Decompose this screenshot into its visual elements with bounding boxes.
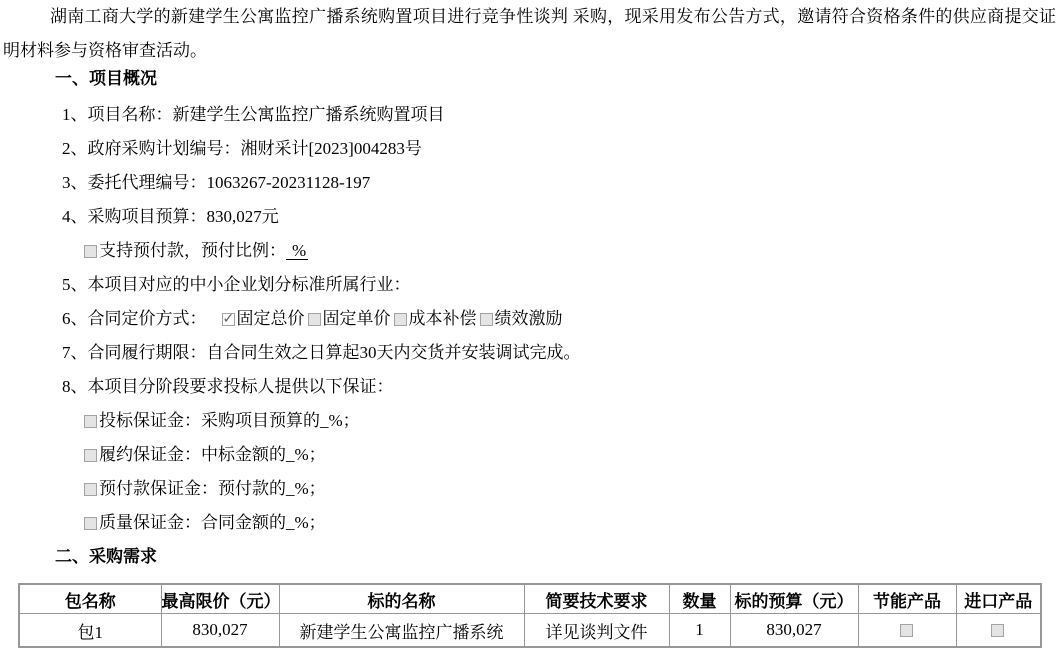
guarantee-performance-line: 履约保证金：中标金额的_%； [84,446,1060,464]
pricing-method-line: 6、合同定价方式：固定总价固定单价成本补偿绩效激励 [62,310,1060,328]
item-gov-plan-number: 2、政府采购计划编号：湘财采计[2023]004283号 [62,140,1060,158]
prepay-percent-value: % [286,243,308,260]
col-header-quantity: 数量 [669,584,730,614]
cell-max-price: 830,027 [161,614,279,648]
prepay-checkbox[interactable] [84,245,97,258]
pricing-option-label: 固定单价 [323,309,391,328]
intro-paragraph: 湖南工商大学的新建学生公寓监控广播系统购置项目进行竞争性谈判 采购，现采用发布公… [3,0,1056,68]
col-header-budget: 标的预算（元） [730,584,858,614]
energy-saving-checkbox[interactable] [900,624,913,637]
pricing-method-label: 6、合同定价方式： [62,309,207,328]
col-header-subject-name: 标的名称 [279,584,524,614]
table-header-row: 包名称 最高限价（元） 标的名称 简要技术要求 数量 标的预算（元） 节能产品 … [19,584,1041,614]
guarantee-performance-label: 履约保证金：中标金额的_%； [99,445,326,464]
item-project-budget: 4、采购项目预算：830,027元 [62,208,1060,226]
cell-package: 包1 [19,614,161,648]
cell-energy-saving [858,614,956,648]
item-guarantee-intro: 8、本项目分阶段要求投标人提供以下保证： [62,378,1060,396]
pricing-option-fixed-unit: 固定单价 [308,309,391,328]
section-heading-overview: 一、项目概况 [55,70,1060,88]
col-header-package: 包名称 [19,584,161,614]
cell-budget: 830,027 [730,614,858,648]
guarantee-quality-label: 质量保证金：合同金额的_%； [99,513,326,532]
guarantee-bid-line: 投标保证金：采购项目预算的_%； [84,412,1060,430]
cell-subject-name: 新建学生公寓监控广播系统 [279,614,524,648]
item-sme-industry: 5、本项目对应的中小企业划分标准所属行业： [62,276,1060,294]
guarantee-prepay-line: 预付款保证金：预付款的_%； [84,480,1060,498]
section-heading-requirements: 二、采购需求 [55,548,1060,566]
guarantee-bid-label: 投标保证金：采购项目预算的_%； [99,411,360,430]
col-header-energy-saving: 节能产品 [858,584,956,614]
cell-quantity: 1 [669,614,730,648]
col-header-imported: 进口产品 [956,584,1041,614]
prepay-label: 支持预付款，预付比例： [99,241,286,260]
col-header-max-price: 最高限价（元） [161,584,279,614]
table-row: 包1 830,027 新建学生公寓监控广播系统 详见谈判文件 1 830,027 [19,614,1041,648]
pricing-option-cost-compensation: 成本补偿 [394,309,477,328]
item-project-name: 1、项目名称：新建学生公寓监控广播系统购置项目 [62,106,1060,124]
prepay-line: 支持预付款，预付比例：% [84,242,1060,260]
imported-checkbox[interactable] [991,624,1004,637]
pricing-option-fixed-total: 固定总价 [222,309,305,328]
pricing-option-fixed-unit-checkbox[interactable] [308,313,321,326]
item-agency-number: 3、委托代理编号：1063267-20231128-197 [62,174,1060,192]
pricing-option-label: 绩效激励 [495,309,563,328]
pricing-option-performance-incentive-checkbox[interactable] [480,313,493,326]
procurement-table: 包名称 最高限价（元） 标的名称 简要技术要求 数量 标的预算（元） 节能产品 … [18,583,1042,648]
pricing-option-cost-compensation-checkbox[interactable] [394,313,407,326]
guarantee-quality-checkbox[interactable] [84,517,97,530]
procurement-announcement-document: 湖南工商大学的新建学生公寓监控广播系统购置项目进行竞争性谈判 采购，现采用发布公… [0,0,1060,651]
pricing-option-performance-incentive: 绩效激励 [480,309,563,328]
cell-tech-req: 详见谈判文件 [524,614,669,648]
guarantee-prepay-checkbox[interactable] [84,483,97,496]
cell-imported [956,614,1041,648]
guarantee-prepay-label: 预付款保证金：预付款的_%； [99,479,326,498]
pricing-option-label: 成本补偿 [409,309,477,328]
guarantee-performance-checkbox[interactable] [84,449,97,462]
guarantee-quality-line: 质量保证金：合同金额的_%； [84,514,1060,532]
pricing-option-label: 固定总价 [237,309,305,328]
guarantee-bid-checkbox[interactable] [84,415,97,428]
item-contract-period: 7、合同履行期限：自合同生效之日算起30天内交货并安装调试完成。 [62,344,1060,362]
col-header-tech-req: 简要技术要求 [524,584,669,614]
pricing-option-fixed-total-checkbox[interactable] [222,313,235,326]
